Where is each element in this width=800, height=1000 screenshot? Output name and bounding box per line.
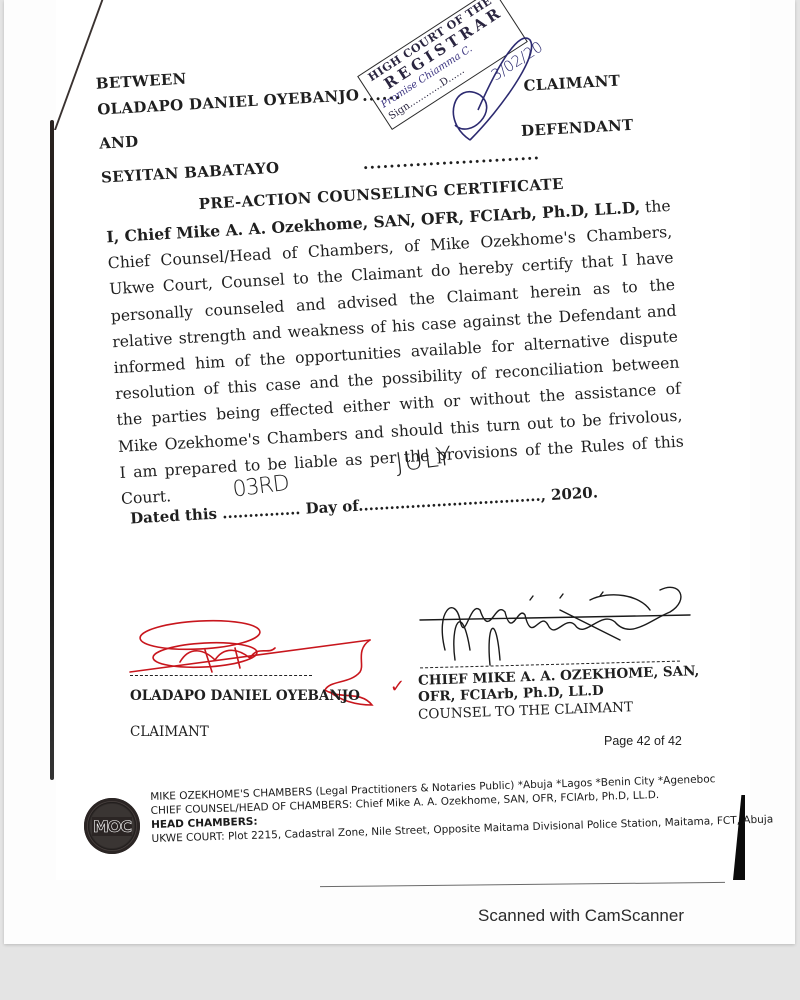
claimant-signatory-role: CLAIMANT: [130, 724, 209, 740]
defendant-dots: ...........................: [362, 144, 540, 173]
claimant-name: OLADAPO DANIEL OYEBANJO: [97, 86, 360, 119]
camscanner-watermark: Scanned with CamScanner: [478, 906, 684, 926]
claimant-signatory-name: OLADAPO DANIEL OYEBANJO: [130, 688, 360, 704]
chambers-logo-icon: MOC: [84, 798, 140, 854]
claimant-signature-line: [130, 675, 312, 676]
claimant-role: CLAIMANT: [523, 71, 621, 94]
defendant-name: SEYITAN BABATAYO: [101, 159, 280, 187]
defendant-role: DEFENDANT: [521, 116, 634, 140]
between-label: BETWEEN: [95, 70, 187, 93]
document-content: SUIT NO: .............. BETWEEN OLADAPO …: [0, 0, 800, 906]
day-dots: ...............: [222, 500, 301, 522]
and-label: AND: [99, 132, 139, 152]
page-indicator: Page 42 of 42: [604, 734, 682, 748]
